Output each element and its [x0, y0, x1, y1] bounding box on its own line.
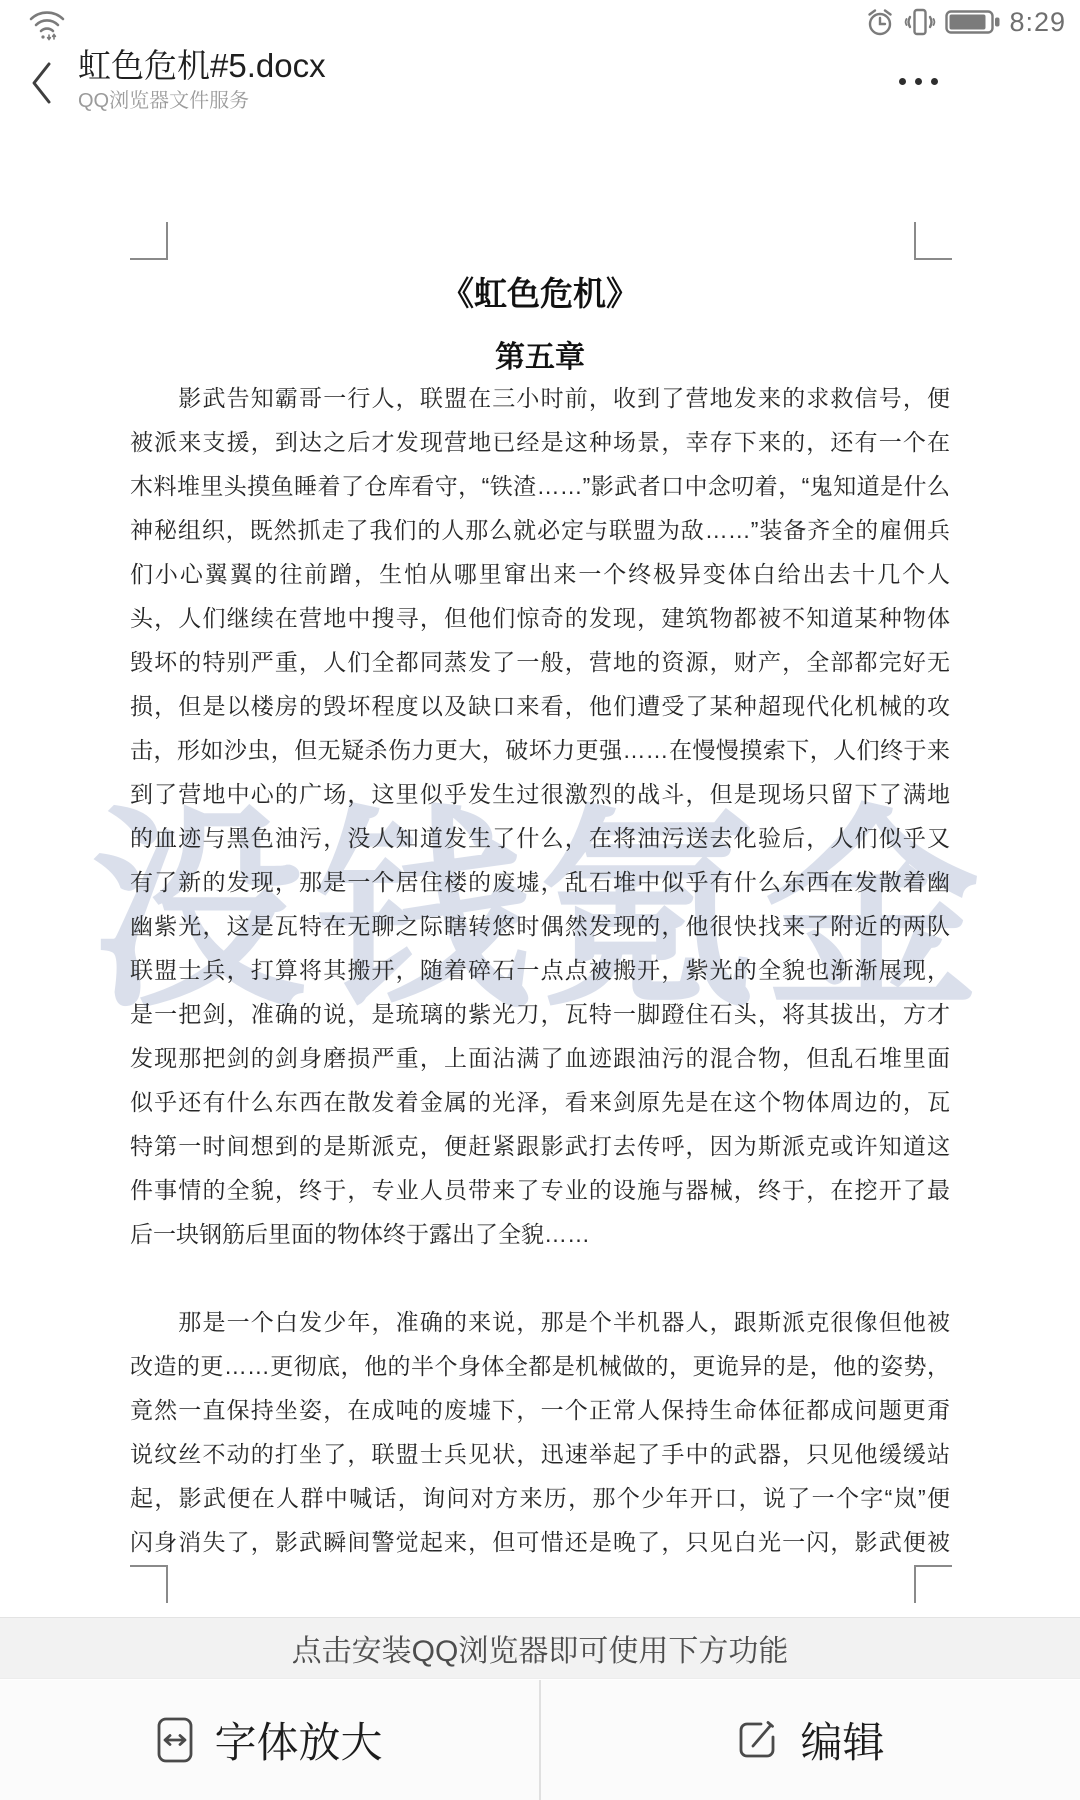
battery-icon	[945, 8, 1001, 36]
doc-line: 闪身消失了，影武瞬间警觉起来，但可惜还是晚了，只见白光一闪，影武便被	[130, 1520, 950, 1564]
edit-icon	[736, 1717, 780, 1763]
doc-line: 说纹丝不动的打坐了，联盟士兵见状，迅速举起了手中的武器，只见他缓缓站	[130, 1432, 950, 1476]
status-right-cluster: 8:29	[865, 6, 1066, 38]
edit-label: 编辑	[800, 1710, 884, 1770]
document-page: 没钱氪金 《虹色危机》 第五章 影武告知霸哥一行人，联盟在三小时前，收到了营地发…	[0, 118, 1080, 1617]
doc-line: 毁坏的特别严重，人们全都同蒸发了一般，营地的资源，财产，全部都完好无	[130, 640, 950, 684]
overflow-dot	[931, 78, 938, 85]
doc-line: 击，形如沙虫，但无疑杀伤力更大，破坏力更强……在慢慢摸索下，人们终于来	[130, 728, 950, 772]
doc-line: 改造的更……更彻底，他的半个身体全都是机械做的，更诡异的是，他的姿势，	[130, 1344, 950, 1388]
footer-actions: 字体放大 编辑	[0, 1680, 1080, 1800]
crop-mark-bottom-right	[914, 1565, 952, 1603]
crop-mark-top-right	[914, 222, 952, 260]
overflow-dot	[915, 78, 922, 85]
status-bar: 8:29	[0, 0, 1080, 46]
doc-line: 联盟士兵，打算将其搬开，随着碎石一点点被搬开，紫光的全貌也渐渐展现，	[130, 948, 950, 992]
font-resize-icon	[156, 1716, 194, 1764]
install-banner[interactable]: 点击安装QQ浏览器即可使用下方功能	[0, 1617, 1080, 1679]
doc-line: 特第一时间想到的是斯派克，便赶紧跟影武打去传呼，因为斯派克或许知道这	[130, 1124, 950, 1168]
doc-line: 似乎还有什么东西在散发着金属的光泽，看来剑原先是在这个物体周边的，瓦	[130, 1080, 950, 1124]
doc-line: 被派来支援，到达之后才发现营地已经是这种场景，幸存下来的，还有一个在	[130, 420, 950, 464]
doc-line: 有了新的发现，那是一个居住楼的废墟，乱石堆中似乎有什么东西在发散着幽	[130, 860, 950, 904]
screen: 8:29 虹色危机#5.docx QQ浏览器文件服务 没钱氪金 《虹色危机》	[0, 0, 1080, 1800]
overflow-menu-button[interactable]	[893, 72, 944, 91]
doc-line: 发现那把剑的剑身磨损严重，上面沾满了血迹跟油污的混合物，但乱石堆里面	[130, 1036, 950, 1080]
doc-chapter: 第五章	[0, 332, 1080, 376]
doc-title: 《虹色危机》	[0, 268, 1080, 315]
crop-mark-bottom-left	[130, 1565, 168, 1603]
header-text: 虹色危机#5.docx QQ浏览器文件服务	[78, 46, 326, 114]
page-subtitle: QQ浏览器文件服务	[78, 88, 326, 114]
overflow-dot	[899, 78, 906, 85]
doc-line: 竟然一直保持坐姿，在成吨的废墟下，一个正常人保持生命体征都成问题更甭	[130, 1388, 950, 1432]
doc-line: 影武告知霸哥一行人，联盟在三小时前，收到了营地发来的求救信号，便	[130, 376, 950, 420]
doc-line: 们小心翼翼的往前蹭，生怕从哪里窜出来一个终极异变体白给出去十几个人	[130, 552, 950, 596]
doc-line: 后一块钢筋后里面的物体终于露出了全貌……	[130, 1212, 950, 1256]
doc-line: 是一把剑，准确的说，是琉璃的紫光刀，瓦特一脚蹬住石头，将其拔出，方才	[130, 992, 950, 1036]
paragraph: 影武告知霸哥一行人，联盟在三小时前，收到了营地发来的求救信号，便 被派来支援，到…	[130, 376, 950, 1256]
doc-line: 件事情的全貌，终于，专业人员带来了专业的设施与器械，终于，在挖开了最	[130, 1168, 950, 1212]
doc-body: 影武告知霸哥一行人，联盟在三小时前，收到了营地发来的求救信号，便 被派来支援，到…	[130, 376, 950, 1564]
doc-line: 木料堆里头摸鱼睡着了仓库看守，“铁渣……”影武者口中念叨着，“鬼知道是什么	[130, 464, 950, 508]
font-zoom-button[interactable]: 字体放大	[0, 1680, 539, 1800]
doc-line: 那是一个白发少年，准确的来说，那是个半机器人，跟斯派克很像但他被	[130, 1300, 950, 1344]
doc-line: 起，影武便在人群中喊话，询问对方来历，那个少年开口，说了一个字“岚”便	[130, 1476, 950, 1520]
doc-line: 幽紫光，这是瓦特在无聊之际瞎转悠时偶然发现的，他很快找来了附近的两队	[130, 904, 950, 948]
doc-line: 损，但是以楼房的毁坏程度以及缺口来看，他们遭受了某种超现代化机械的攻	[130, 684, 950, 728]
doc-line: 到了营地中心的广场，这里似乎发生过很激烈的战斗，但是现场只留下了满地	[130, 772, 950, 816]
font-zoom-label: 字体放大	[214, 1710, 382, 1770]
app-header: 虹色危机#5.docx QQ浏览器文件服务	[0, 46, 1080, 118]
doc-line: 的血迹与黑色油污，没人知道发生了什么，在将油污送去化验后，人们似乎又	[130, 816, 950, 860]
crop-mark-top-left	[130, 222, 168, 260]
doc-line: 头，人们继续在营地中搜寻，但他们惊奇的发现，建筑物都被不知道某种物体	[130, 596, 950, 640]
status-time: 8:29	[1009, 7, 1066, 38]
doc-line: 神秘组织，既然抓走了我们的人那么就必定与联盟为敌……”装备齐全的雇佣兵	[130, 508, 950, 552]
back-chevron-icon	[28, 59, 56, 107]
paragraph: 那是一个白发少年，准确的来说，那是个半机器人，跟斯派克很像但他被 改造的更……更…	[130, 1300, 950, 1564]
vibrate-icon	[903, 6, 937, 38]
alarm-icon	[865, 6, 895, 38]
back-button[interactable]	[20, 56, 64, 110]
edit-button[interactable]: 编辑	[541, 1680, 1080, 1800]
wifi-icon	[26, 6, 68, 42]
page-title: 虹色危机#5.docx	[78, 46, 326, 86]
